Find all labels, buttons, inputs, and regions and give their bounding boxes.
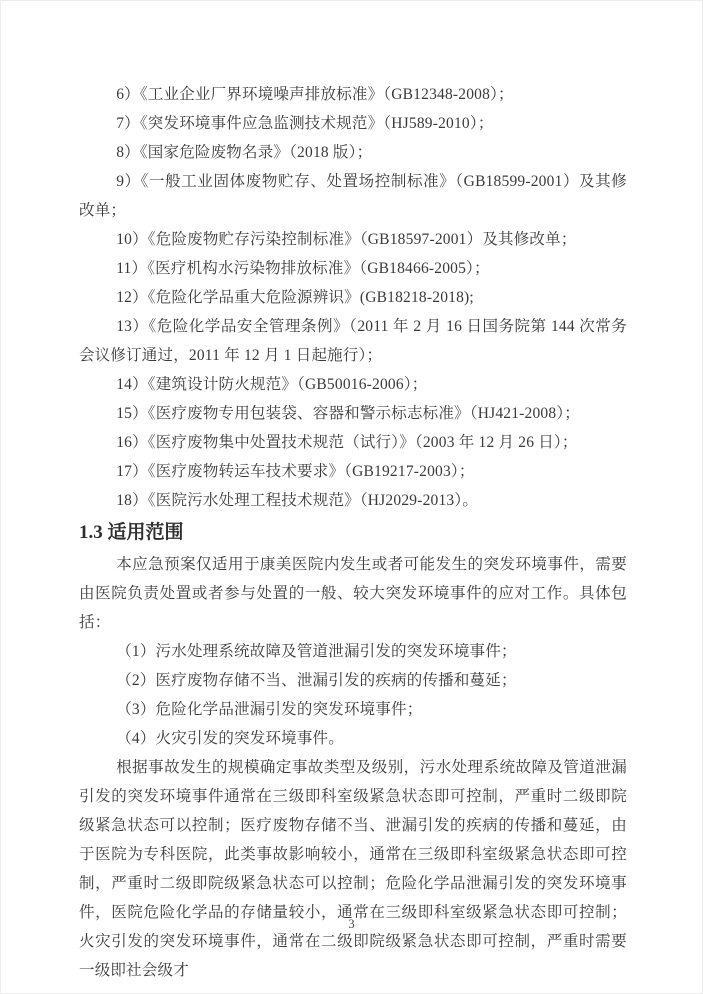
scope-item: （2）医疗废物存储不当、泄漏引发的疾病的传播和蔓延； bbox=[79, 666, 627, 695]
reference-item: 10）《危险废物贮存污染控制标准》（GB18597-2001）及其修改单； bbox=[79, 225, 627, 254]
reference-item: 12）《危险化学品重大危险源辨识》(GB18218-2018); bbox=[79, 283, 627, 312]
reference-item: 13）《危险化学品安全管理条例》（2011 年 2 月 16 日国务院第 144… bbox=[79, 312, 627, 370]
document-page: 6）《工业企业厂界环境噪声排放标准》（GB12348-2008）； 7）《突发环… bbox=[0, 0, 703, 994]
reference-item: 16）《医疗废物集中处置技术规范（试行）》（2003 年 12 月 26 日）； bbox=[79, 428, 627, 457]
page-content: 6）《工业企业厂界环境噪声排放标准》（GB12348-2008）； 7）《突发环… bbox=[79, 80, 627, 985]
scope-item: （4）火灾引发的突发环境事件。 bbox=[79, 724, 627, 753]
reference-item: 17）《医疗废物转运车技术要求》（GB19217-2003）； bbox=[79, 457, 627, 486]
page-number: 3 bbox=[0, 917, 703, 932]
reference-item: 15）《医疗废物专用包装袋、容器和警示标志标准》（HJ421-2008）； bbox=[79, 399, 627, 428]
reference-item: 11）《医疗机构水污染物排放标准》（GB18466-2005）； bbox=[79, 254, 627, 283]
reference-item: 18）《医院污水处理工程技术规范》（HJ2029-2013）。 bbox=[79, 486, 627, 515]
scope-item: （3）危险化学品泄漏引发的突发环境事件； bbox=[79, 695, 627, 724]
reference-item: 9）《一般工业固体废物贮存、处置场控制标准》（GB18599-2001）及其修改… bbox=[79, 167, 627, 225]
intro-paragraph: 本应急预案仅适用于康美医院内发生或者可能发生的突发环境事件，需要由医院负责处置或… bbox=[79, 550, 627, 637]
reference-item: 8）《国家危险废物名录》（2018 版）； bbox=[79, 138, 627, 167]
section-heading-1-3: 1.3 适用范围 bbox=[79, 518, 627, 548]
reference-item: 14）《建筑设计防火规范》（GB50016-2006）； bbox=[79, 370, 627, 399]
reference-item: 6）《工业企业厂界环境噪声排放标准》（GB12348-2008）； bbox=[79, 80, 627, 109]
reference-item: 7）《突发环境事件应急监测技术规范》（HJ589-2010）； bbox=[79, 109, 627, 138]
scope-item: （1）污水处理系统故障及管道泄漏引发的突发环境事件； bbox=[79, 637, 627, 666]
classification-paragraph: 根据事故发生的规模确定事故类型及级别，污水处理系统故障及管道泄漏引发的突发环境事… bbox=[79, 753, 627, 985]
